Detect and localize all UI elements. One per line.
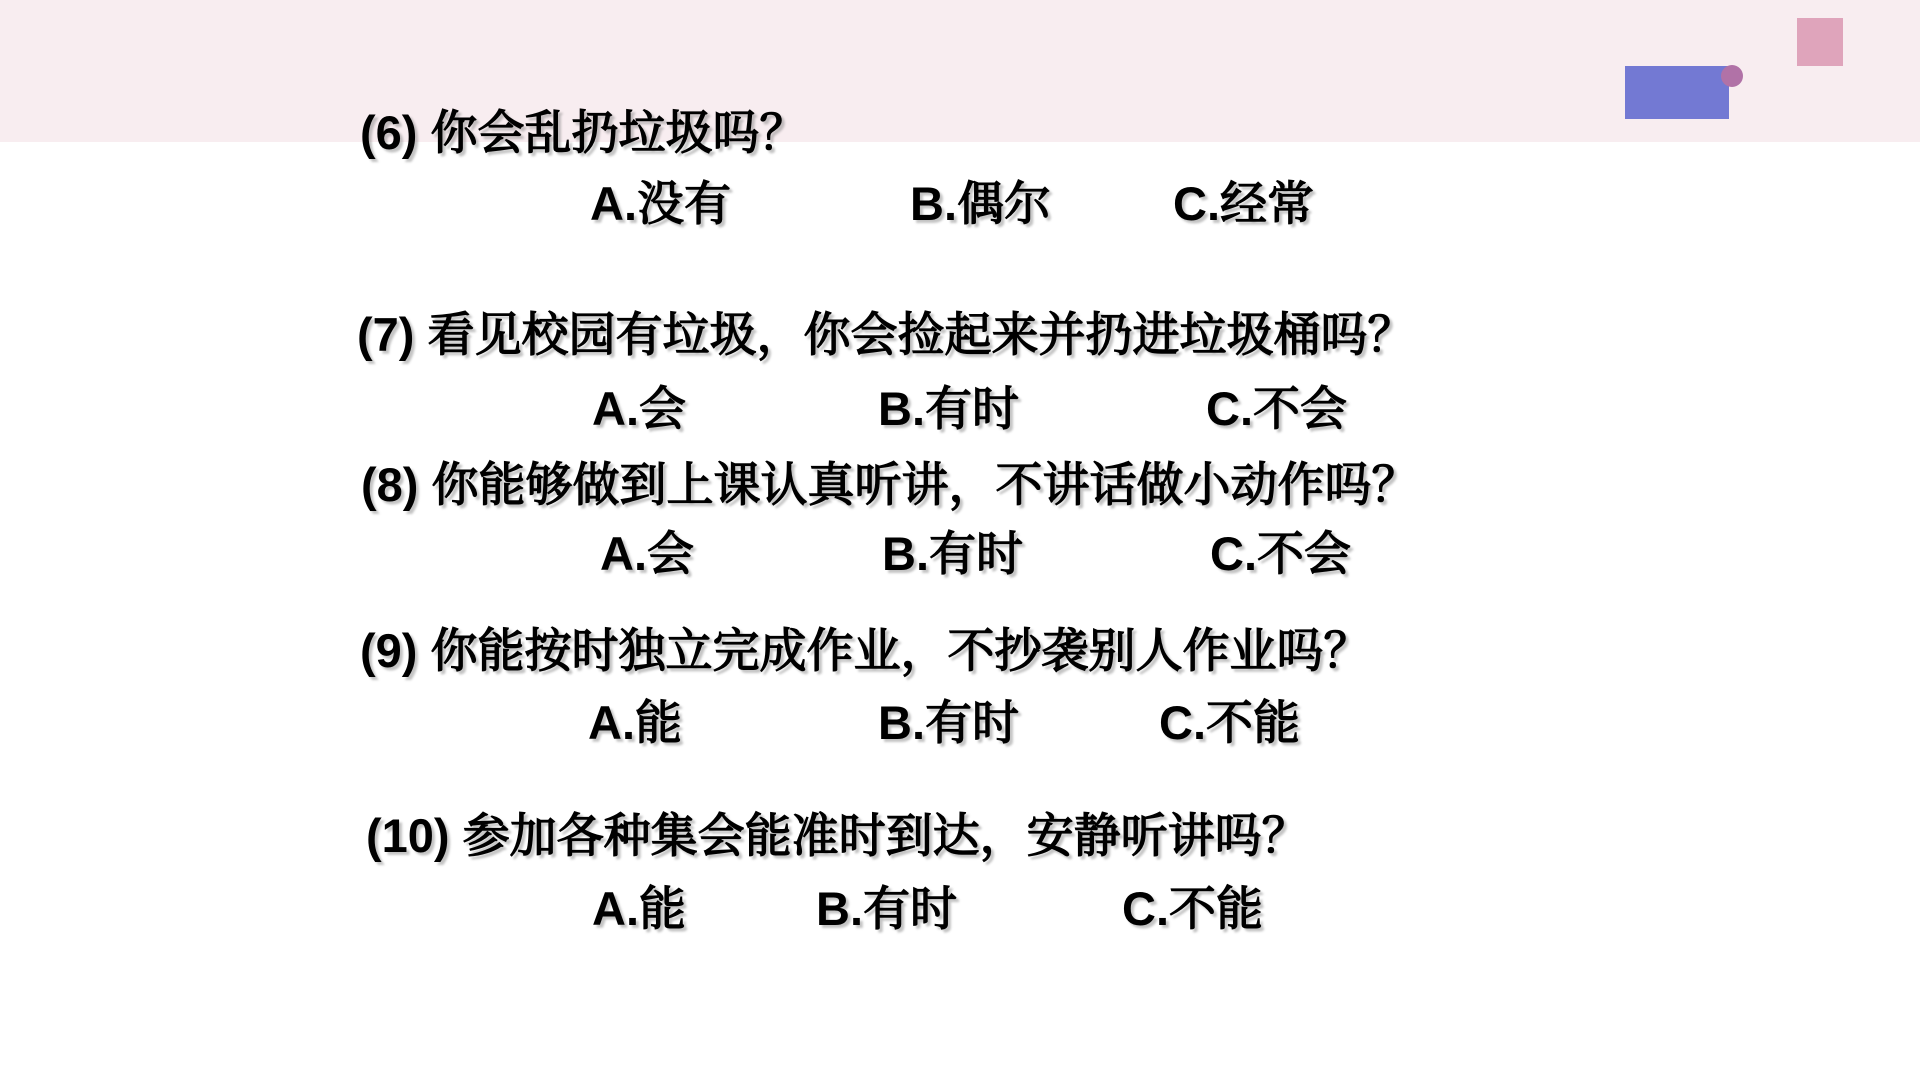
question-6-option-a: A.没有 — [590, 175, 731, 233]
question-6-options: A.没有 B.偶尔 C.经常 — [0, 175, 1920, 233]
question-7-option-b: B.有时 — [878, 380, 1019, 438]
decor-blue-rectangle — [1625, 66, 1729, 119]
question-9-title: (9) 你能按时独立完成作业，不抄袭别人作业吗？ — [360, 622, 1371, 680]
slide: (6) 你会乱扔垃圾吗？ A.没有 B.偶尔 C.经常 (7) 看见校园有垃圾，… — [0, 0, 1920, 1080]
question-8-title: (8) 你能够做到上课认真听讲，不讲话做小动作吗？ — [361, 456, 1419, 514]
question-10-option-a: A.能 — [592, 880, 686, 938]
question-8-options: A.会 B.有时 C.不会 — [0, 525, 1920, 583]
question-7-options: A.会 B.有时 C.不会 — [0, 380, 1920, 438]
question-10-options: A.能 B.有时 C.不能 — [0, 880, 1920, 938]
question-7-option-c: C.不会 — [1206, 380, 1347, 438]
question-7-title: (7) 看见校园有垃圾，你会捡起来并扔进垃圾桶吗？ — [357, 306, 1415, 364]
question-8-option-b: B.有时 — [882, 525, 1023, 583]
question-9-options: A.能 B.有时 C.不能 — [0, 694, 1920, 752]
question-10-option-b: B.有时 — [816, 880, 957, 938]
question-6-option-b: B.偶尔 — [910, 175, 1051, 233]
question-9-option-a: A.能 — [588, 694, 682, 752]
question-7-option-a: A.会 — [592, 380, 686, 438]
question-9-option-b: B.有时 — [878, 694, 1019, 752]
decor-pink-square — [1797, 18, 1843, 66]
question-8-option-a: A.会 — [600, 525, 694, 583]
question-8-option-c: C.不会 — [1210, 525, 1351, 583]
question-10-option-c: C.不能 — [1122, 880, 1263, 938]
question-10-title: (10) 参加各种集会能准时到达，安静听讲吗？ — [366, 807, 1309, 865]
question-6-option-c: C.经常 — [1173, 175, 1314, 233]
question-6-title: (6) 你会乱扔垃圾吗？ — [360, 104, 807, 162]
decor-dot-circle — [1721, 65, 1743, 87]
question-9-option-c: C.不能 — [1159, 694, 1300, 752]
